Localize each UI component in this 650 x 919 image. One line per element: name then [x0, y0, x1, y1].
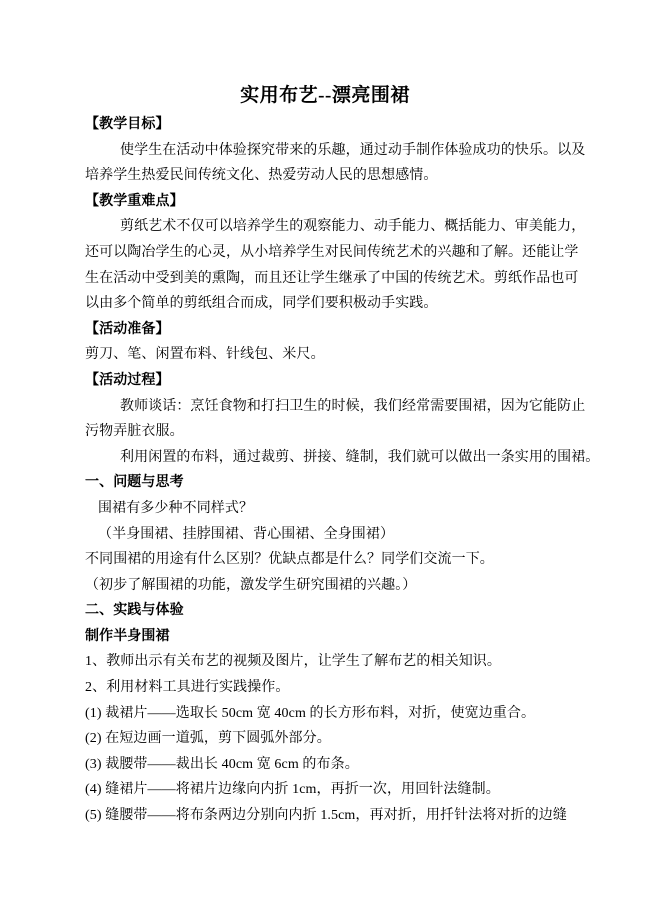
- heading-line: 【活动准备】: [85, 317, 565, 343]
- text-line: 剪纸艺术不仅可以培养学生的观察能力、动手能力、概括能力、审美能力，: [85, 214, 565, 240]
- heading-line: 【活动过程】: [85, 368, 565, 394]
- text-line: 污物弄脏衣服。: [85, 419, 565, 445]
- text-line: (5) 缝腰带——将布条两边分别向内折 1.5cm，再对折，用扦针法将对折的边缝: [85, 803, 565, 829]
- text-line: （半身围裙、挂脖围裙、背心围裙、全身围裙）: [85, 522, 565, 548]
- text-line: 培养学生热爱民间传统文化、热爱劳动人民的思想感情。: [85, 163, 565, 189]
- text-line: 围裙有多少种不同样式？: [85, 496, 565, 522]
- text-line: 使学生在活动中体验探究带来的乐趣，通过动手制作体验成功的快乐。以及: [85, 138, 565, 164]
- heading-line: 一、问题与思考: [85, 470, 565, 496]
- heading-line: 制作半身围裙: [85, 624, 565, 650]
- text-line: 还可以陶冶学生的心灵，从小培养学生对民间传统艺术的兴趣和了解。还能让学: [85, 240, 565, 266]
- text-line: 以由多个简单的剪纸组合而成，同学们要积极动手实践。: [85, 291, 565, 317]
- text-line: (4) 缝裙片——将裙片边缘向内折 1cm，再折一次，用回针法缝制。: [85, 777, 565, 803]
- heading-line: 【教学重难点】: [85, 189, 565, 215]
- text-line: 利用闲置的布料，通过裁剪、拼接、缝制，我们就可以做出一条实用的围裙。: [85, 445, 565, 471]
- text-line: 2、利用材料工具进行实践操作。: [85, 675, 565, 701]
- text-line: 生在活动中受到美的熏陶，而且还让学生继承了中国的传统艺术。剪纸作品也可: [85, 266, 565, 292]
- text-line: 剪刀、笔、闲置布料、针线包、米尺。: [85, 342, 565, 368]
- text-line: （初步了解围裙的功能，激发学生研究围裙的兴趣。）: [85, 573, 565, 599]
- text-line: 教师谈话：烹饪食物和打扫卫生的时候，我们经常需要围裙，因为它能防止: [85, 394, 565, 420]
- document-body: 【教学目标】使学生在活动中体验探究带来的乐趣，通过动手制作体验成功的快乐。以及培…: [85, 112, 565, 829]
- document-page: 实用布艺--漂亮围裙 【教学目标】使学生在活动中体验探究带来的乐趣，通过动手制作…: [0, 0, 650, 919]
- text-line: (2) 在短边画一道弧，剪下圆弧外部分。: [85, 726, 565, 752]
- text-line: (3) 裁腰带——裁出长 40cm 宽 6cm 的布条。: [85, 752, 565, 778]
- heading-line: 【教学目标】: [85, 112, 565, 138]
- text-line: 不同围裙的用途有什么区别？优缺点都是什么？同学们交流一下。: [85, 547, 565, 573]
- heading-line: 二、实践与体验: [85, 598, 565, 624]
- text-line: (1) 裁裙片——选取长 50cm 宽 40cm 的长方形布料，对折，使宽边重合…: [85, 701, 565, 727]
- text-line: 1、教师出示有关布艺的视频及图片，让学生了解布艺的相关知识。: [85, 649, 565, 675]
- document-title: 实用布艺--漂亮围裙: [0, 0, 650, 108]
